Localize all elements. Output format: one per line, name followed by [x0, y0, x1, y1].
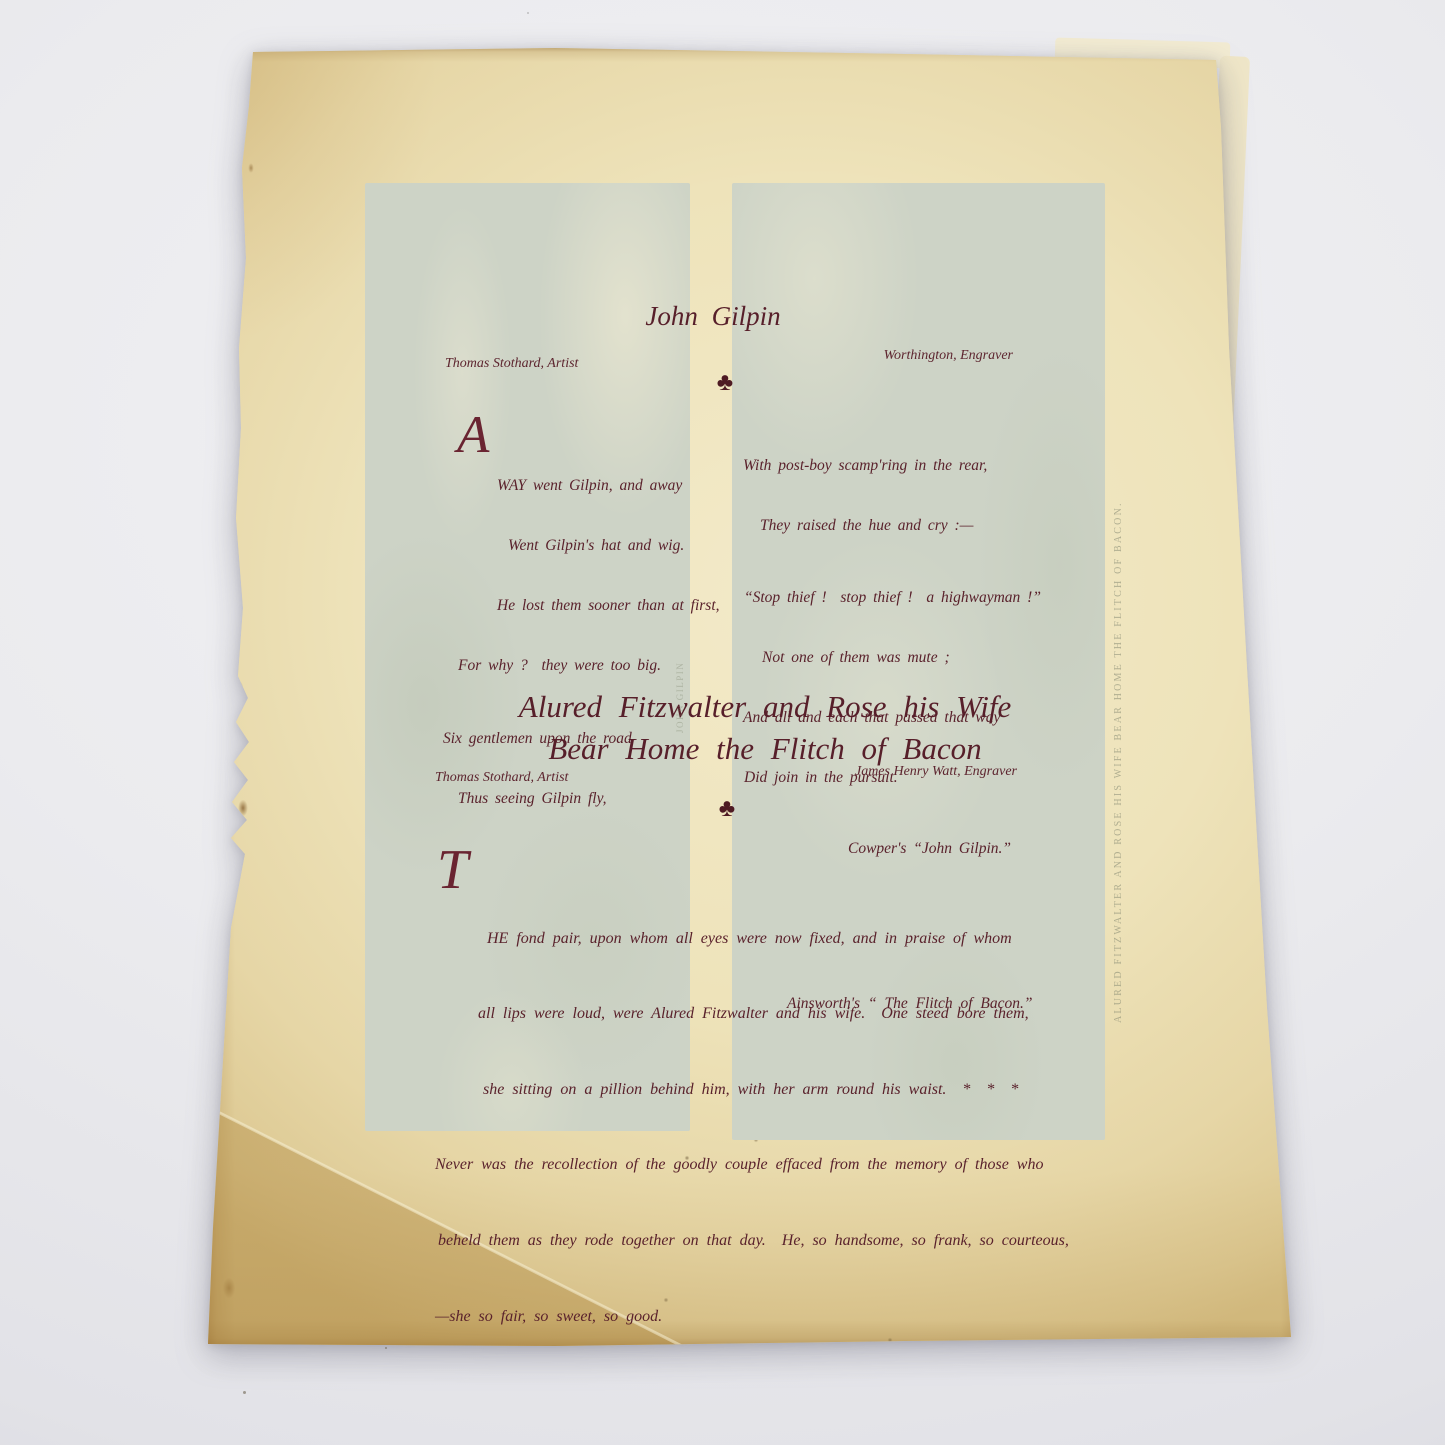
- dropcap-A: A: [457, 412, 489, 460]
- prose-line: HE fond pair, upon whom all eyes were no…: [487, 926, 1095, 951]
- faint-gutter-caption: JOHN GILPIN: [675, 613, 685, 733]
- dust-speck: [385, 1347, 387, 1349]
- prose-line: —she so fair, so sweet, so good.: [435, 1304, 1095, 1329]
- prose-line: Never was the recollection of the goodly…: [435, 1152, 1095, 1177]
- dust-speck: [527, 12, 529, 14]
- dust-speck: [243, 1391, 246, 1394]
- fleuron-ornament-icon: ♣: [707, 796, 747, 821]
- prose-line: beheld them as they rode together on tha…: [438, 1228, 1095, 1253]
- poem-line: He lost them sooner than at first,: [497, 596, 733, 616]
- section2-title: Alured Fitzwalter and Rose his Wife Bear…: [475, 686, 1055, 770]
- section2-artist-credit: Thomas Stothard, Artist: [435, 770, 568, 786]
- section2-title-line1: Alured Fitzwalter and Rose his Wife: [475, 686, 1055, 728]
- poem-line: WAY went Gilpin, and away: [497, 476, 733, 496]
- aged-paper: John Gilpin Thomas Stothard, Artist Wort…: [205, 48, 1295, 1348]
- prose-line: she sitting on a pillion behind him, wit…: [483, 1077, 1095, 1102]
- poem-line: Not one of them was mute ;: [762, 648, 1053, 668]
- poem-line: Went Gilpin's hat and wig.: [508, 536, 733, 556]
- print-page: John Gilpin Thomas Stothard, Artist Wort…: [205, 48, 1295, 1348]
- vertical-edge-caption: ALURED FITZWALTER AND ROSE HIS WIFE BEAR…: [1113, 383, 1124, 1023]
- flitch-prose-block: T HE fond pair, upon whom all eyes were …: [435, 850, 1095, 1404]
- poem-line: With post-boy scamp'ring in the rear,: [743, 456, 1053, 476]
- section2-engraver-credit: James Henry Watt, Engraver: [817, 764, 1017, 780]
- prose-source-credit: Ainsworth's “ The Flitch of Bacon.”: [787, 991, 1033, 1016]
- poem-line: They raised the hue and cry :—: [760, 516, 1053, 536]
- section1-artist-credit: Thomas Stothard, Artist: [445, 356, 578, 372]
- dropcap-T: T: [437, 845, 468, 895]
- photo-of-antique-page: John Gilpin Thomas Stothard, Artist Wort…: [0, 0, 1445, 1445]
- poem-line: “Stop thief ! stop thief ! a highwayman …: [744, 588, 1053, 608]
- gilpin-poem-right-column: With post-boy scamp'ring in the rear, Th…: [743, 416, 1053, 899]
- poem-line: For why ? they were too big.: [458, 656, 733, 676]
- fleuron-ornament-icon: ♣: [705, 370, 745, 395]
- section1-title: John Gilpin: [563, 301, 863, 332]
- poem-line: Thus seeing Gilpin fly,: [458, 789, 733, 809]
- section1-engraver-credit: Worthington, Engraver: [813, 348, 1013, 364]
